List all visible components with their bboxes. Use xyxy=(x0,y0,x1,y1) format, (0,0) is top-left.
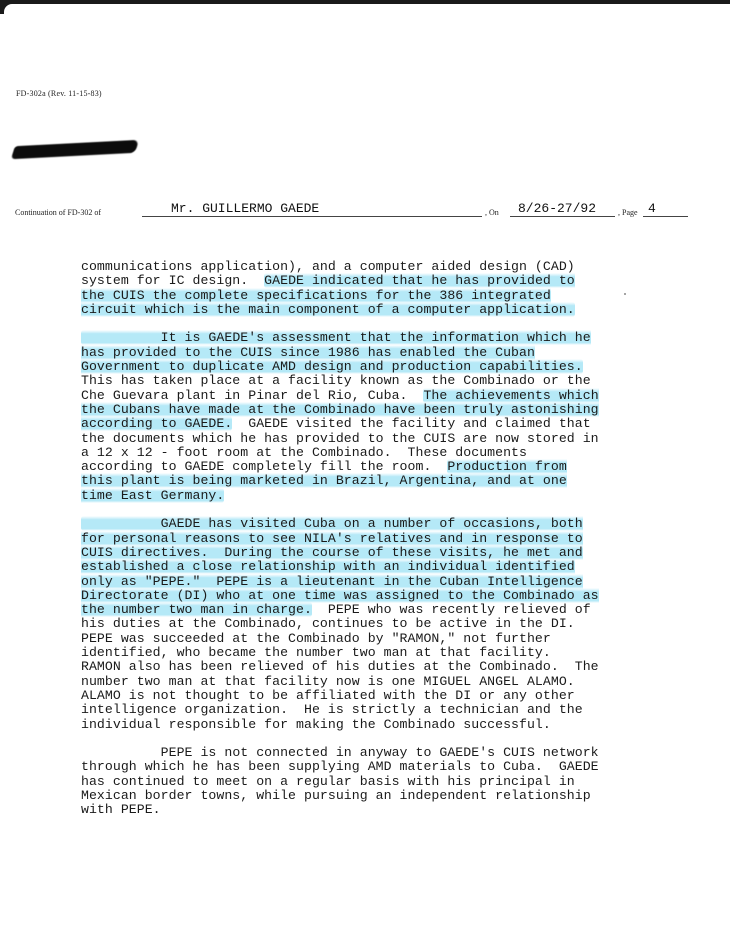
form-identifier: FD-302a (Rev. 11-15-83) xyxy=(16,89,102,98)
text-segment: PEPE who was recently relieved of his du… xyxy=(81,602,599,731)
paragraph: communications application), and a compu… xyxy=(81,260,661,317)
text-segment: PEPE is not connected in anyway to GAEDE… xyxy=(81,745,599,817)
scan-top-edge xyxy=(0,0,730,14)
subject-name: Mr. GUILLERMO GAEDE xyxy=(171,201,319,216)
continuation-header: Continuation of FD-302 of Mr. GUILLERMO … xyxy=(15,200,695,220)
subject-field: Mr. GUILLERMO GAEDE xyxy=(142,200,482,217)
paragraph: PEPE is not connected in anyway to GAEDE… xyxy=(81,746,661,817)
page-number: 4 xyxy=(648,201,656,216)
highlighted-text: It is GAEDE's assessment that the inform… xyxy=(81,330,591,374)
on-label: , On xyxy=(485,208,499,217)
redaction-mark xyxy=(11,140,139,159)
page-field: 4 xyxy=(643,200,688,217)
interview-date: 8/26-27/92 xyxy=(518,201,596,216)
date-field: 8/26-27/92 xyxy=(510,200,615,217)
continuation-label: Continuation of FD-302 of xyxy=(15,208,101,217)
page-label: , Page xyxy=(618,208,638,217)
document-body: communications application), and a compu… xyxy=(81,260,661,832)
paragraph: GAEDE has visited Cuba on a number of oc… xyxy=(81,517,661,731)
paragraph: It is GAEDE's assessment that the inform… xyxy=(81,331,661,503)
